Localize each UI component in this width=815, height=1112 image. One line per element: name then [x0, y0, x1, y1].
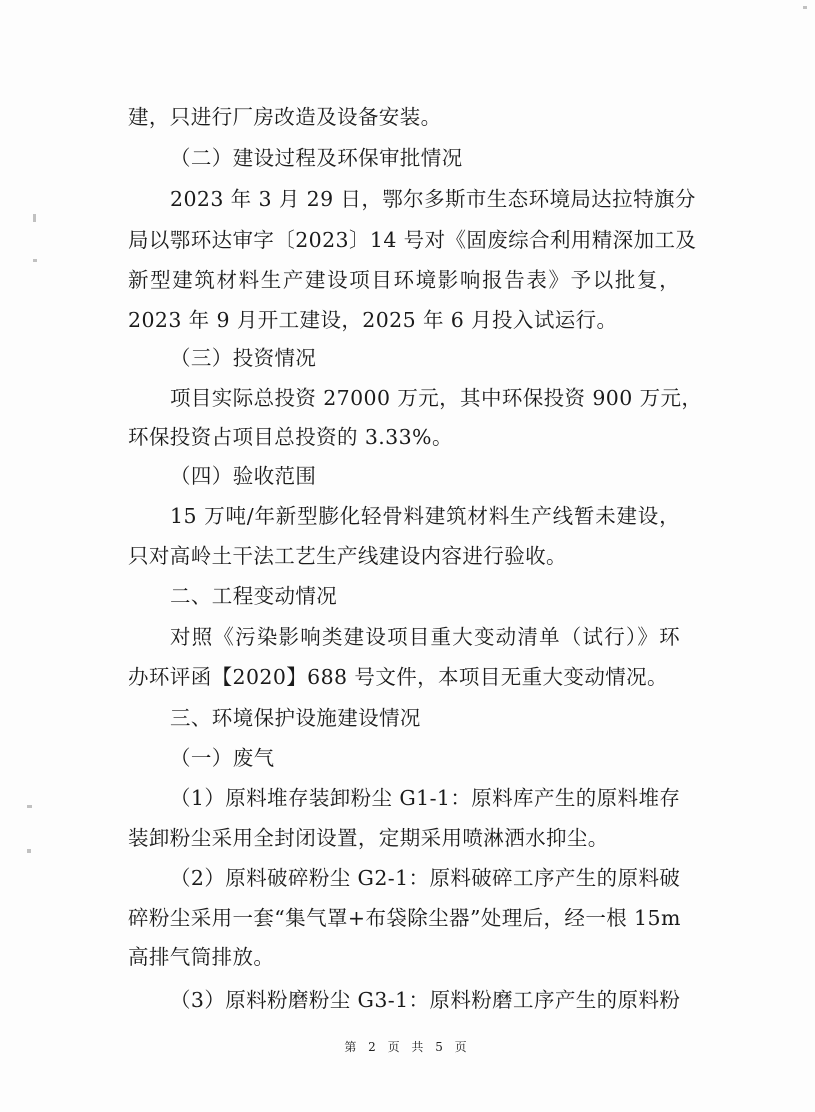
paragraph-line: （1）原料堆存装卸粉尘 G1-1：原料库产生的原料堆存 — [170, 783, 680, 813]
paragraph-line: 建，只进行厂房改造及设备安装。 — [128, 102, 680, 132]
paragraph-line: 2023 年 9 月开工建设，2025 年 6 月投入试运行。 — [128, 305, 680, 335]
page-footer: 第 2 页 共 5 页 — [0, 1038, 815, 1055]
paragraph-line: 装卸粉尘采用全封闭设置，定期采用喷淋洒水抑尘。 — [128, 823, 680, 853]
paragraph-line: 新型建筑材料生产建设项目环境影响报告表》予以批复， — [128, 265, 680, 295]
document-page: 建，只进行厂房改造及设备安装。（二）建设过程及环保审批情况2023 年 3 月 … — [0, 0, 815, 1112]
subheading-line: （一）废气 — [170, 743, 680, 773]
paragraph-line: （3）原料粉磨粉尘 G3-1：原料粉磨工序产生的原料粉 — [170, 985, 680, 1015]
paragraph-line: 只对高岭土干法工艺生产线建设内容进行验收。 — [128, 541, 680, 571]
paragraph-line: 局以鄂环达审字〔2023〕14 号对《固废综合利用精深加工及 — [128, 225, 680, 255]
paragraph-line: 环保投资占项目总投资的 3.33%。 — [128, 422, 680, 452]
heading-line: 三、环境保护设施建设情况 — [170, 703, 680, 733]
subheading-line: （三）投资情况 — [170, 343, 680, 373]
paragraph-line: 对照《污染影响类建设项目重大变动清单（试行）》环 — [170, 622, 680, 652]
paragraph-line: 2023 年 3 月 29 日，鄂尔多斯市生态环境局达拉特旗分 — [170, 184, 680, 214]
paragraph-line: 碎粉尘采用一套“集气罩+布袋除尘器”处理后，经一根 15m — [128, 903, 680, 933]
scan-speck — [27, 805, 32, 808]
paragraph-line: 办环评函【2020】688 号文件，本项目无重大变动情况。 — [128, 662, 680, 692]
scan-speck — [33, 259, 37, 262]
subheading-line: （二）建设过程及环保审批情况 — [170, 143, 680, 173]
paragraph-line: 高排气筒排放。 — [128, 942, 680, 972]
scan-speck — [27, 849, 31, 853]
paragraph-line: 项目实际总投资 27000 万元，其中环保投资 900 万元， — [170, 383, 680, 413]
paragraph-line: 15 万吨/年新型膨化轻骨料建筑材料生产线暂未建设， — [170, 501, 680, 531]
scan-speck — [803, 6, 807, 9]
subheading-line: （四）验收范围 — [170, 461, 680, 491]
paragraph-line: （2）原料破碎粉尘 G2-1：原料破碎工序产生的原料破 — [170, 863, 680, 893]
scan-speck — [33, 214, 36, 222]
heading-line: 二、工程变动情况 — [170, 581, 680, 611]
